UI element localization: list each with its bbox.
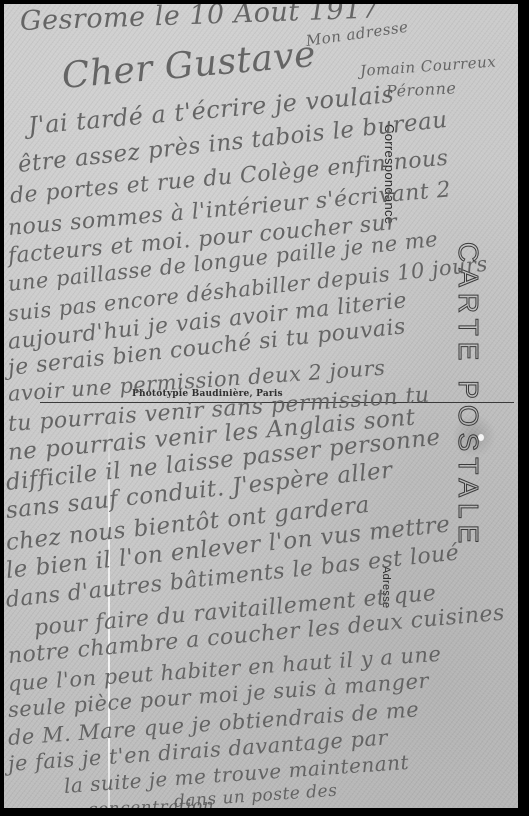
margin-note-line: Péronne (386, 78, 457, 101)
carte-postale-title: CARTE POSTALE (452, 242, 484, 549)
letter-line: concentration (88, 796, 215, 808)
margin-note-line: Jomain Courreux (359, 53, 496, 80)
salutation: Cher Gustave (60, 34, 317, 97)
postcard-back: Correspondance CARTE POSTALE Adresse Pho… (4, 4, 518, 808)
